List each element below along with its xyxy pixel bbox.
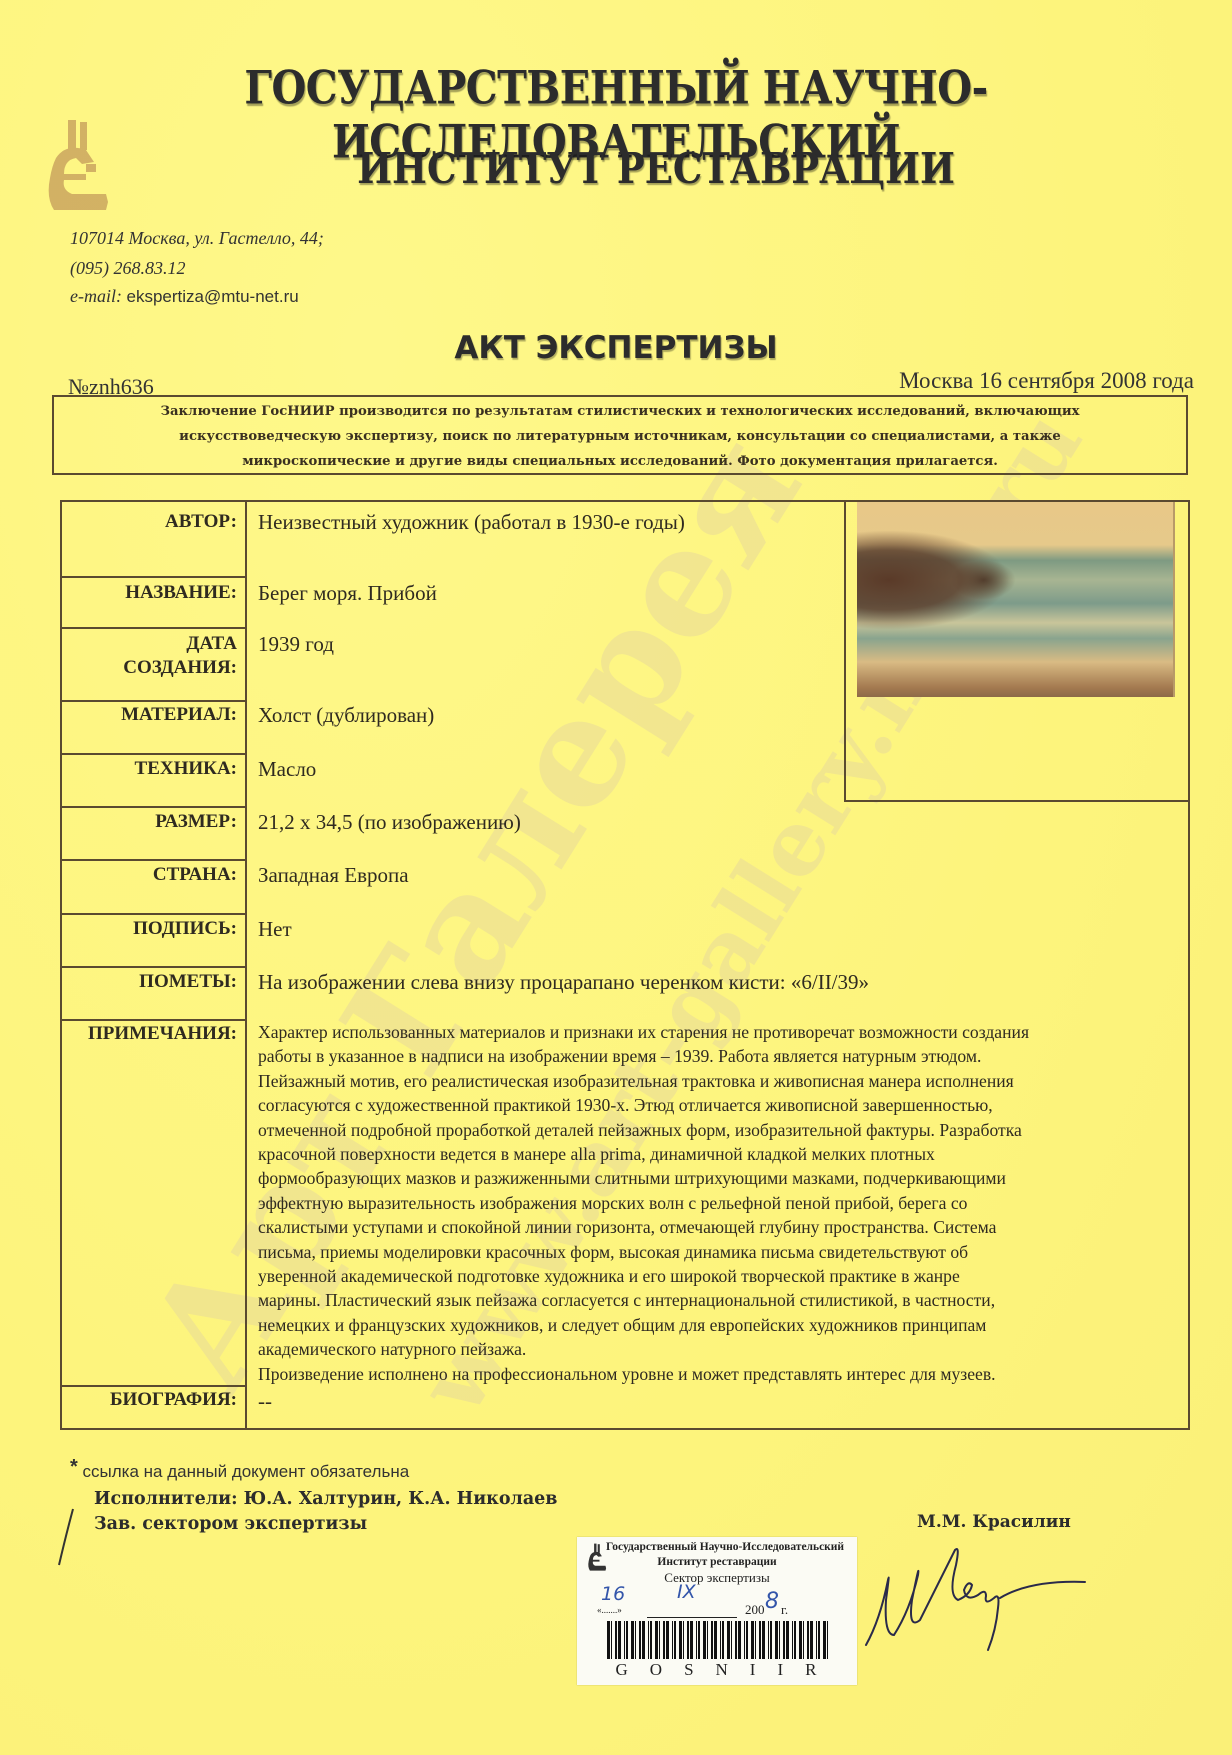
label-biography: БИОГРАФИЯ: <box>62 1387 247 1430</box>
value-date: 1939 год <box>258 632 334 656</box>
stamp-line2: Институт реставрации <box>577 1556 857 1568</box>
stamp-line1: Государственный Научно-Исследовательский <box>577 1541 857 1553</box>
barcode <box>607 1621 832 1659</box>
footnote-text: ссылка на данный документ обязательна <box>83 1462 410 1481</box>
label-column: АВТОР: НАЗВАНИЕ: ДАТА СОЗДАНИЯ: МАТЕРИАЛ… <box>62 502 247 1428</box>
footnote-asterisk: * <box>70 1456 78 1478</box>
stamp-year-prefix: 200 <box>745 1602 765 1618</box>
stamp-year-handwritten: 8 <box>765 1589 779 1614</box>
microscope-icon <box>46 118 116 218</box>
label-date: ДАТА СОЗДАНИЯ: <box>62 629 247 702</box>
email-line: e-mail: ekspertiza@mtu-net.ru <box>70 286 299 307</box>
handwritten-signature <box>860 1540 1090 1660</box>
value-author: Неизвестный художник (работал в 1930-е г… <box>258 510 685 534</box>
value-notes: Характер использованных материалов и при… <box>258 1020 1178 1386</box>
value-biography: -- <box>258 1389 272 1413</box>
stamp-month-handwritten: IX <box>677 1581 696 1603</box>
value-country: Западная Европа <box>258 863 409 887</box>
label-author: АВТОР: <box>62 502 247 578</box>
value-marks: На изображении слева внизу процарапано ч… <box>258 970 869 994</box>
stamp-month-line <box>647 1617 737 1618</box>
institute-name-line2: ИНСТИТУТ РЕСТАВРАЦИИ <box>40 143 1232 194</box>
footnote: * ссылка на данный документ обязательна <box>70 1460 409 1483</box>
label-signature: ПОДПИСЬ: <box>62 915 247 968</box>
value-size: 21,2 х 34,5 (по изображению) <box>258 810 521 834</box>
label-material: МАТЕРИАЛ: <box>62 702 247 755</box>
notice-line: искусствоведческую экспертизу, поиск по … <box>54 424 1186 449</box>
phone: (095) 268.83.12 <box>70 258 186 279</box>
value-signature: Нет <box>258 917 292 941</box>
address: 107014 Москва, ул. Гастелло, 44; <box>70 228 324 249</box>
document-title: АКТ ЭКСПЕРТИЗЫ <box>0 330 1232 366</box>
stamp-day-blank: «.......» <box>597 1605 622 1615</box>
notice-box: Заключение ГосНИИР производится по резул… <box>52 395 1188 475</box>
pen-mark <box>56 1507 76 1567</box>
email-link[interactable]: ekspertiza@mtu-net.ru <box>126 287 298 306</box>
label-title: НАЗВАНИЕ: <box>62 578 247 629</box>
notice-line: микроскопические и другие виды специальн… <box>54 449 1186 474</box>
stamp-day-handwritten: 16 <box>601 1583 625 1605</box>
value-title: Берег моря. Прибой <box>258 581 437 605</box>
head-title: Зав. сектором экспертизы <box>94 1514 367 1534</box>
value-technique: Масло <box>258 757 316 781</box>
stamp-year-suffix: г. <box>781 1602 788 1618</box>
document-place-date: Москва 16 сентября 2008 года <box>899 368 1194 394</box>
label-country: СТРАНА: <box>62 861 247 915</box>
email-label: e-mail: <box>70 286 122 306</box>
painting-photo <box>857 502 1175 697</box>
notice-line: Заключение ГосНИИР производится по резул… <box>54 399 1186 424</box>
label-size: РАЗМЕР: <box>62 808 247 861</box>
photo-frame <box>844 500 1190 802</box>
label-marks: ПОМЕТЫ: <box>62 968 247 1021</box>
head-name: М.М. Красилин <box>917 1512 1071 1532</box>
registration-stamp: Государственный Научно-Исследовательский… <box>577 1537 857 1685</box>
stamp-date: «.......» 16 IX 200 8 г. <box>577 1587 857 1617</box>
value-material: Холст (дублирован) <box>258 703 434 727</box>
label-technique: ТЕХНИКА: <box>62 755 247 808</box>
label-notes: ПРИМЕЧАНИЯ: <box>62 1021 247 1387</box>
barcode-text: GOSNIIR <box>577 1660 857 1680</box>
performers: Исполнители: Ю.А. Халтурин, К.А. Николае… <box>94 1489 557 1509</box>
